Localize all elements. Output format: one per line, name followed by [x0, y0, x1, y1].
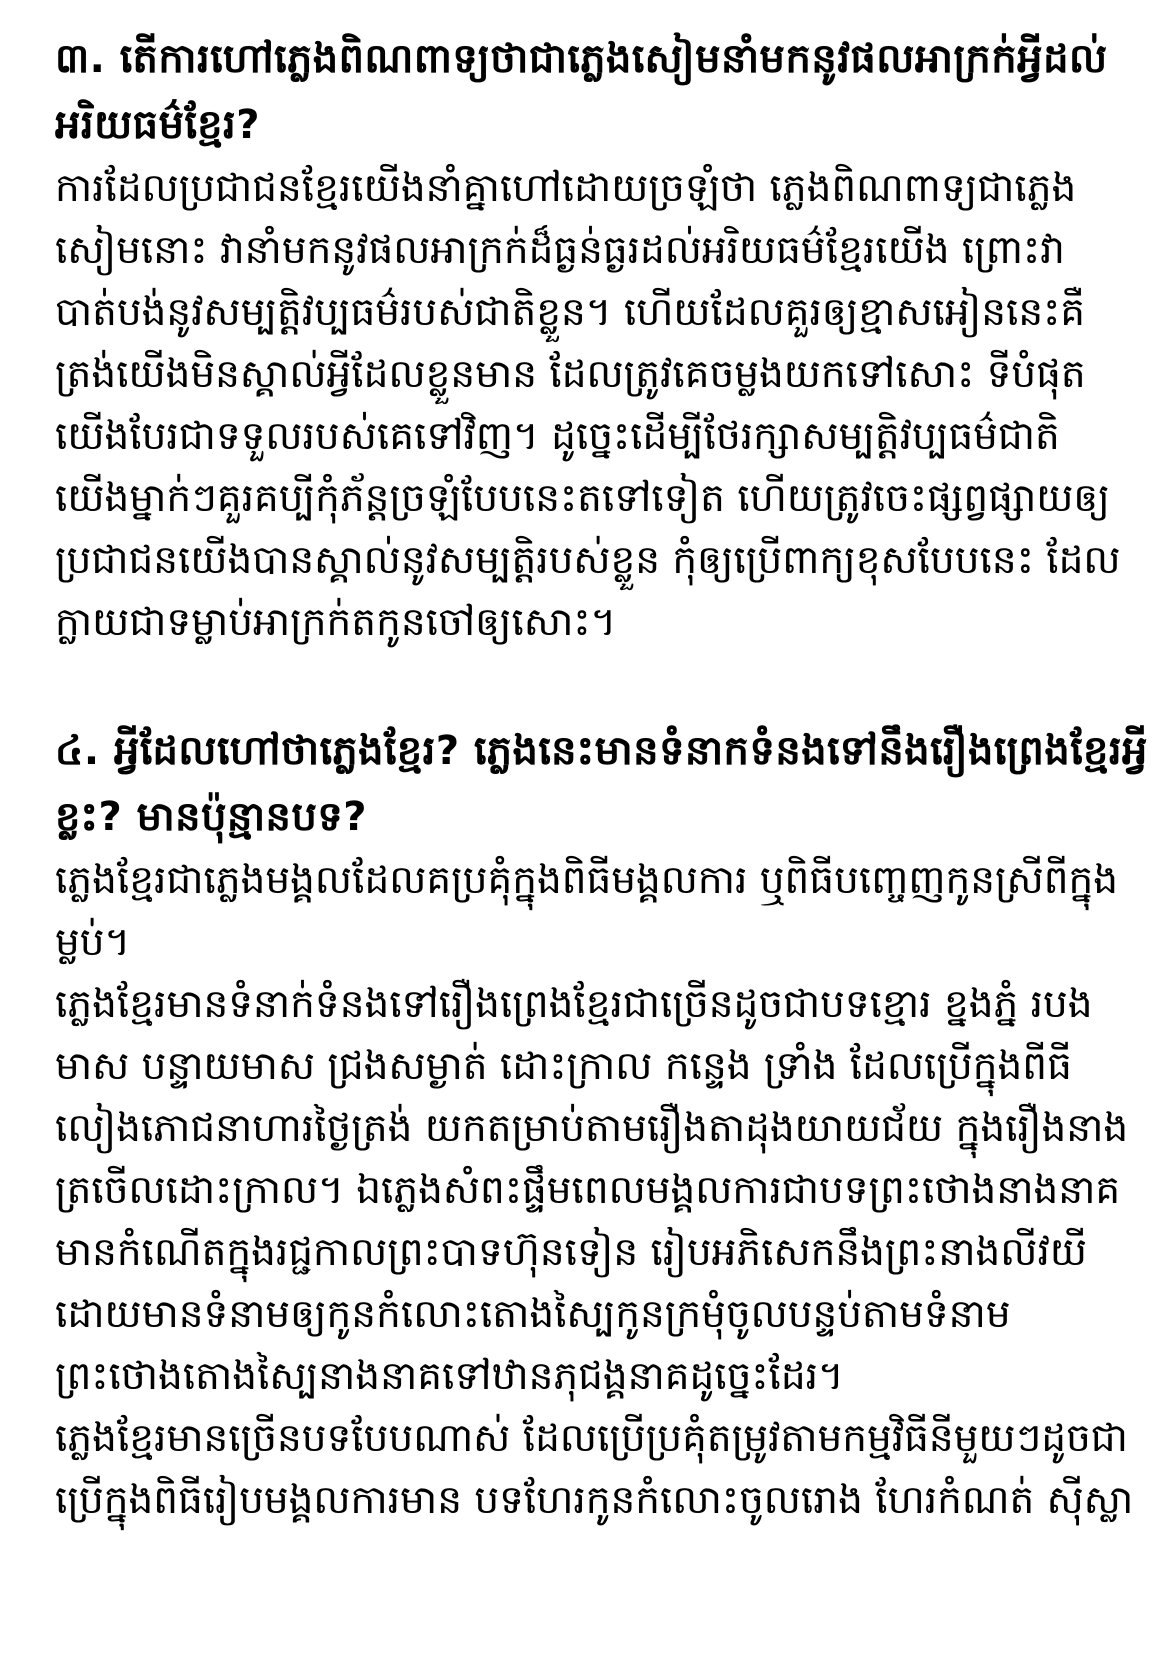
question-4-answer: ភ្លេងខ្មែរជាភ្លេងមង្គលដែលគប្រគុំក្នុងពិធ… [55, 850, 1111, 1532]
text-line: សៀមនោះ វានាំមកនូវផលអាក្រក់ដ៏ធ្ងន់ធ្ងរដល់… [55, 220, 1111, 282]
heading-line: ៣. តើការហៅភ្លេងពិណពាទ្យថាជាភ្លេងសៀមនាំមក… [55, 26, 1111, 92]
text-line: លៀងភោជនាហារថ្ងៃត្រង់ យកតម្រាប់តាមរឿងតាដុ… [55, 1098, 1111, 1160]
section-question-4: ៤. អ្វីដែលហៅថាភ្លេងខ្មែរ? ភ្លេងនេះមានទំន… [55, 718, 1111, 1532]
text-line: ភ្លេងខ្មែរមានទំនាក់ទំនងទៅរឿងព្រេងខ្មែរជា… [55, 974, 1111, 1036]
text-line: មានកំណើតក្នុងរជ្ជកាលព្រះបាទហ៊ុនទៀន រៀបអភ… [55, 1222, 1111, 1284]
text-line: ក្លាយជាទម្លាប់អាក្រក់តកូនចៅឲ្យសោះ។ [55, 592, 1111, 654]
heading-line: ៤. អ្វីដែលហៅថាភ្លេងខ្មែរ? ភ្លេងនេះមានទំន… [55, 718, 1111, 784]
section-question-3: ៣. តើការហៅភ្លេងពិណពាទ្យថាជាភ្លេងសៀមនាំមក… [55, 26, 1111, 654]
heading-line: អរិយធម៌ខ្មែរ? [55, 92, 1111, 158]
text-line: ម្លប់។ [55, 912, 1111, 974]
text-line: មាស បន្ទាយមាស ជ្រងសម្ងាត់ ដោះក្រាល កន្ទេ… [55, 1036, 1111, 1098]
text-line: ភ្លេងខ្មែរមានច្រើនបទបែបណាស់ ដែលប្រើប្រគុ… [55, 1408, 1111, 1470]
text-line: បាត់បង់នូវសម្បត្តិវប្បធម៌របស់ជាតិខ្លួន។ … [55, 282, 1111, 344]
text-line: ប្រជាជនយើងបានស្គាល់នូវសម្បត្តិរបស់ខ្លួន … [55, 530, 1111, 592]
question-4-heading: ៤. អ្វីដែលហៅថាភ្លេងខ្មែរ? ភ្លេងនេះមានទំន… [55, 718, 1111, 850]
document-page: ៣. តើការហៅភ្លេងពិណពាទ្យថាជាភ្លេងសៀមនាំមក… [0, 0, 1166, 1654]
question-3-answer: ការដែលប្រជាជនខ្មែរយើងនាំគ្នាហៅដោយច្រឡំថា… [55, 158, 1111, 654]
text-line: ភ្លេងខ្មែរជាភ្លេងមង្គលដែលគប្រគុំក្នុងពិធ… [55, 850, 1111, 912]
text-line: ព្រះថោងតោងស្បៃនាងនាគទៅឋានភុជង្គនាគដូច្នេ… [55, 1346, 1111, 1408]
text-line: ប្រើក្នុងពិធីរៀបមង្គលការមាន បទហែរកូនកំលោ… [55, 1470, 1111, 1532]
text-line: ការដែលប្រជាជនខ្មែរយើងនាំគ្នាហៅដោយច្រឡំថា… [55, 158, 1111, 220]
text-line: ដោយមានទំនាមឲ្យកូនកំលោះតោងស្បៃកូនក្រមុំចូ… [55, 1284, 1111, 1346]
text-line: យើងម្នាក់ៗគួរគប្បីកុំភ័ន្តច្រឡំបែបនេះតទៅ… [55, 468, 1111, 530]
text-line: ត្រង់យើងមិនស្គាល់អ្វីដែលខ្លួនមាន ដែលត្រូ… [55, 344, 1111, 406]
heading-line: ខ្លះ? មានប៉ុន្មានបទ? [55, 784, 1111, 850]
text-line: យើងបែរជាទទួលរបស់គេទៅវិញ។ ដូច្នេះដើម្បីថែ… [55, 406, 1111, 468]
question-3-heading: ៣. តើការហៅភ្លេងពិណពាទ្យថាជាភ្លេងសៀមនាំមក… [55, 26, 1111, 158]
text-line: ត្រចើលដោះក្រាល។ ឯភ្លេងសំពះផ្ទឹមពេលមង្គលក… [55, 1160, 1111, 1222]
